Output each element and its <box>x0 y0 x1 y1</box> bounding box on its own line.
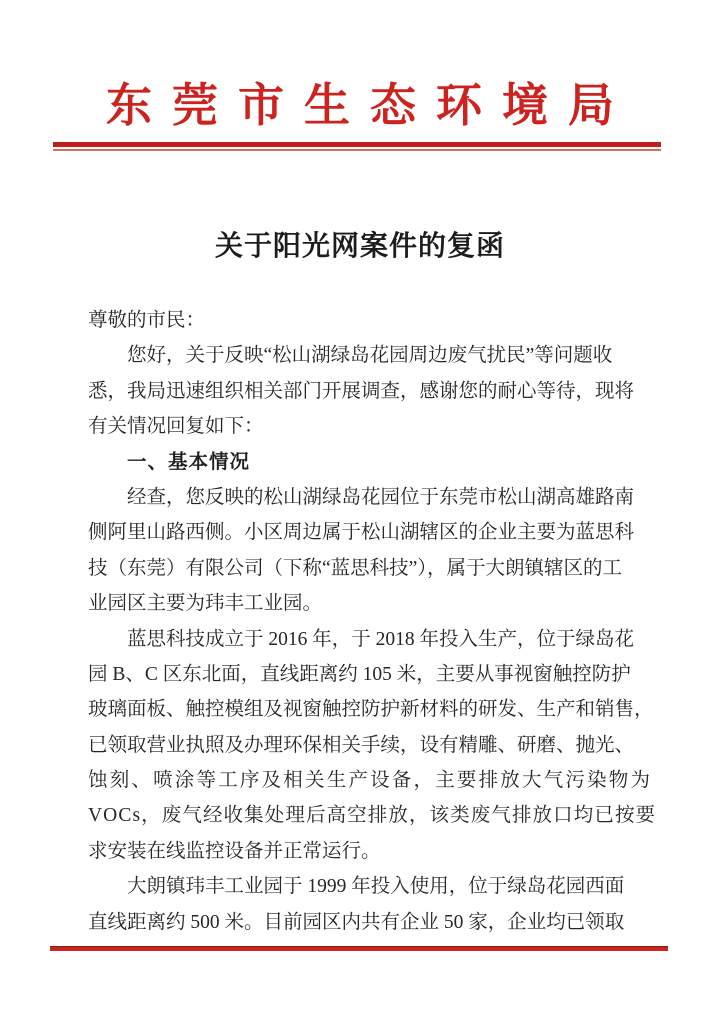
body-line: 有关情况回复如下： <box>88 409 634 444</box>
letterhead-rule-main <box>53 142 661 147</box>
body-line: 已领取营业执照及办理环保相关手续，设有精雕、研磨、抛光、 <box>88 728 634 763</box>
body-line: 园 B、C 区东北面，直线距离约 105 米，主要从事视窗触控防护 <box>88 657 634 692</box>
letterhead-rule-sub <box>53 149 661 151</box>
salutation-line: 尊敬的市民： <box>88 303 634 338</box>
document-page: 东莞市生态环境局 关于阳光网案件的复函 尊敬的市民： 您好，关于反映“松山湖绿岛… <box>0 0 720 1018</box>
document-body: 尊敬的市民： 您好，关于反映“松山湖绿岛花园周边废气扰民”等问题收 悉，我局迅速… <box>88 303 634 940</box>
footer-rule <box>50 946 668 951</box>
body-line: 经查，您反映的松山湖绿岛花园位于东莞市松山湖高雄路南 <box>88 480 634 515</box>
body-line: 您好，关于反映“松山湖绿岛花园周边废气扰民”等问题收 <box>88 338 634 373</box>
body-line: 蓝思科技成立于 2016 年，于 2018 年投入生产，位于绿岛花 <box>88 622 634 657</box>
section-heading: 一、基本情况 <box>88 445 634 480</box>
agency-name: 东莞市生态环境局 <box>0 74 720 138</box>
body-line: 侧阿里山路西侧。小区周边属于松山湖辖区的企业主要为蓝思科 <box>88 515 634 550</box>
body-line: VOCs，废气经收集处理后高空排放，该类废气排放口均已按要 <box>88 798 634 833</box>
document-title: 关于阳光网案件的复函 <box>0 227 720 267</box>
body-line: 业园区主要为玮丰工业园。 <box>88 586 634 621</box>
body-line: 直线距离约 500 米。目前园区内共有企业 50 家，企业均已领取 <box>88 905 634 940</box>
body-line: 技（东莞）有限公司（下称“蓝思科技”），属于大朗镇辖区的工 <box>88 551 634 586</box>
body-line: 大朗镇玮丰工业园于 1999 年投入使用，位于绿岛花园西面 <box>88 869 634 904</box>
body-line: 求安装在线监控设备并正常运行。 <box>88 834 634 869</box>
body-line: 蚀刻、喷涂等工序及相关生产设备，主要排放大气污染物为 <box>88 763 634 798</box>
body-line: 玻璃面板、触控模组及视窗触控防护新材料的研发、生产和销售， <box>88 692 634 727</box>
body-line: 悉，我局迅速组织相关部门开展调查，感谢您的耐心等待，现将 <box>88 374 634 409</box>
